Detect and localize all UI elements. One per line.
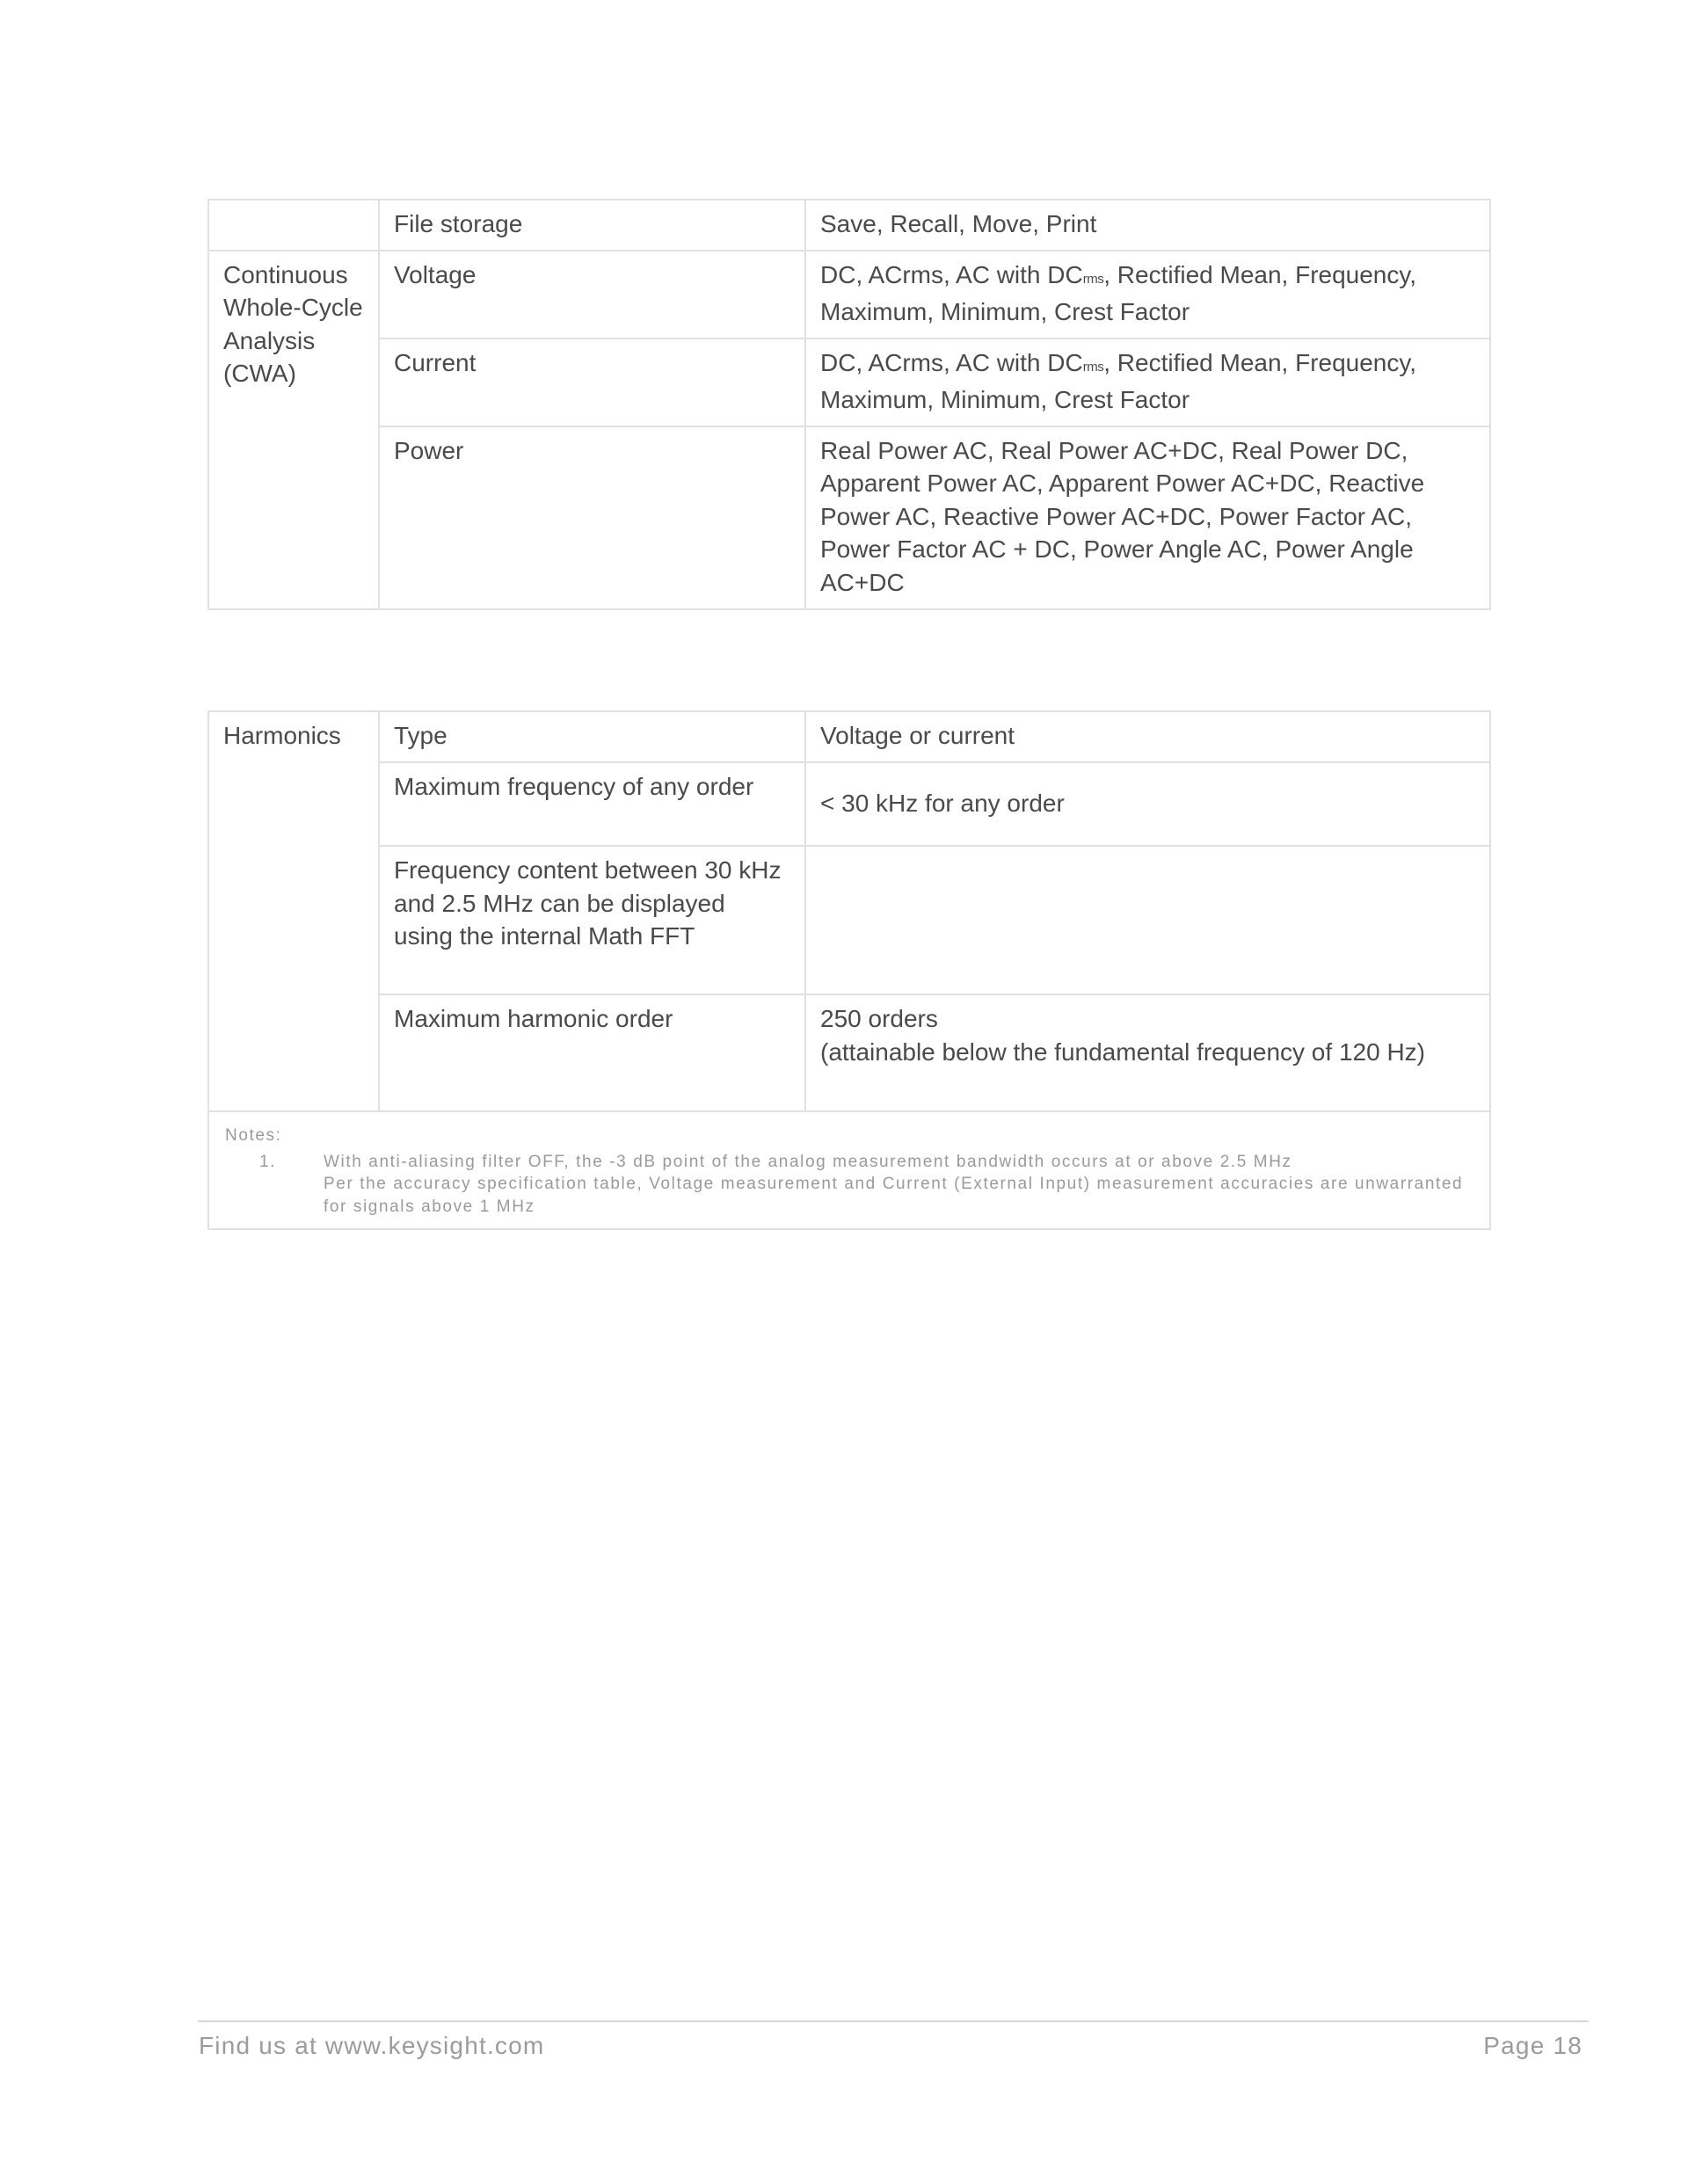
value-text: DC, AC bbox=[820, 261, 902, 288]
value-text: , AC with DC bbox=[943, 349, 1083, 376]
value-cell: Save, Recall, Move, Print bbox=[805, 200, 1490, 251]
notes-cell: Notes: 1. With anti-aliasing filter OFF,… bbox=[208, 1111, 1490, 1229]
param-cell: Maximum frequency of any order bbox=[379, 762, 805, 846]
param-cell: Type bbox=[379, 711, 805, 762]
param-cell: Voltage bbox=[379, 251, 805, 339]
table-row: Frequency content between 30 kHz and 2.5… bbox=[208, 846, 1490, 994]
value-subscript: rms bbox=[1083, 360, 1104, 375]
note-number: 1. bbox=[259, 1151, 276, 1174]
param-cell: Current bbox=[379, 339, 805, 426]
value-subscript: rms bbox=[902, 261, 943, 288]
notes-title: Notes: bbox=[225, 1125, 1475, 1147]
table-row: File storage Save, Recall, Move, Print bbox=[208, 200, 1490, 251]
value-cell: Real Power AC, Real Power AC+DC, Real Po… bbox=[805, 426, 1490, 609]
value-subscript: rms bbox=[902, 349, 943, 376]
param-cell: Maximum harmonic order bbox=[379, 994, 805, 1111]
note-line: With anti-aliasing filter OFF, the -3 dB… bbox=[324, 1151, 1475, 1174]
note-item: 1. With anti-aliasing filter OFF, the -3… bbox=[225, 1151, 1475, 1219]
value-cell: 250 orders (attainable below the fundame… bbox=[805, 994, 1490, 1111]
category-cell-cwa: Continuous Whole-Cycle Analysis (CWA) bbox=[208, 251, 379, 609]
value-subscript: rms bbox=[1083, 272, 1104, 287]
param-cell: Frequency content between 30 kHz and 2.5… bbox=[379, 846, 805, 994]
table-row: Maximum harmonic order 250 orders (attai… bbox=[208, 994, 1490, 1111]
footer-page-number: Page 18 bbox=[1483, 2032, 1582, 2060]
notes-row: Notes: 1. With anti-aliasing filter OFF,… bbox=[208, 1111, 1490, 1229]
notes-list: 1. With anti-aliasing filter OFF, the -3… bbox=[225, 1151, 1475, 1219]
cwa-spec-table: File storage Save, Recall, Move, Print C… bbox=[207, 199, 1491, 610]
table-row: Continuous Whole-Cycle Analysis (CWA) Vo… bbox=[208, 251, 1490, 339]
category-cell-harmonics: Harmonics bbox=[208, 711, 379, 1111]
footer-website-link[interactable]: Find us at www.keysight.com bbox=[199, 2032, 544, 2060]
value-text: , AC with DC bbox=[943, 261, 1083, 288]
param-cell: File storage bbox=[379, 200, 805, 251]
table-row: Power Real Power AC, Real Power AC+DC, R… bbox=[208, 426, 1490, 609]
value-line: 250 orders bbox=[820, 1002, 1475, 1036]
value-cell: Voltage or current bbox=[805, 711, 1490, 762]
value-cell: DC, ACrms, AC with DCrms, Rectified Mean… bbox=[805, 339, 1490, 426]
value-text: DC, AC bbox=[820, 349, 902, 376]
table-row: Harmonics Type Voltage or current bbox=[208, 711, 1490, 762]
value-cell: < 30 kHz for any order bbox=[805, 762, 1490, 846]
footer-divider bbox=[198, 2020, 1589, 2022]
table-row: Current DC, ACrms, AC with DCrms, Rectif… bbox=[208, 339, 1490, 426]
table-row: Maximum frequency of any order < 30 kHz … bbox=[208, 762, 1490, 846]
note-line: Per the accuracy specification table, Vo… bbox=[324, 1173, 1475, 1218]
category-cell-empty bbox=[208, 200, 379, 251]
value-cell bbox=[805, 846, 1490, 994]
param-cell: Power bbox=[379, 426, 805, 609]
value-cell: DC, ACrms, AC with DCrms, Rectified Mean… bbox=[805, 251, 1490, 339]
value-line: (attainable below the fundamental freque… bbox=[820, 1036, 1475, 1069]
harmonics-spec-table: Harmonics Type Voltage or current Maximu… bbox=[207, 710, 1491, 1230]
